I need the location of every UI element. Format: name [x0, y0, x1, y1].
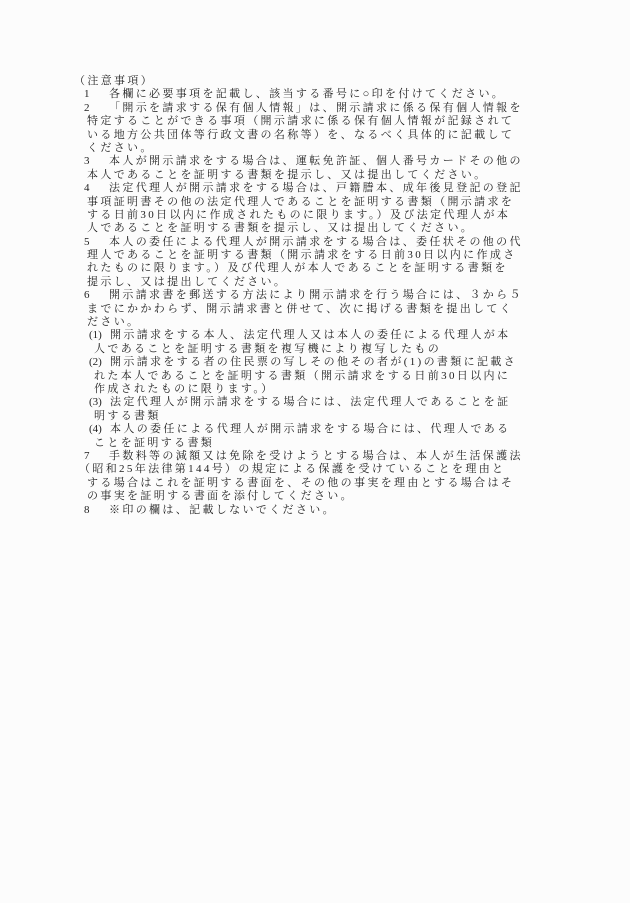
- note-line: 8※印の欄は、記載しないでください。: [84, 504, 523, 517]
- note-line: (3)法定代理人が開示請求をする場合には、法定代理人であることを証: [89, 396, 523, 409]
- note-line: 提示し、又は提出してください。: [87, 276, 523, 289]
- note-line: ださい。: [87, 316, 523, 329]
- note-line: 4法定代理人が開示請求をする場合は、戸籍謄本、成年後見登記の登記: [84, 182, 523, 195]
- notes-section: （注意事項） 1各欄に必要事項を記載し、該当する番号に○印を付けてください。 2…: [0, 75, 523, 517]
- note-line: 作成されたものに限ります。）: [94, 383, 523, 396]
- note-item-8: 8※印の欄は、記載しないでください。: [0, 504, 523, 517]
- note-subitem-1: (1)開示請求をする本人、法定代理人又は本人の委任による代理人が本 人であること…: [0, 329, 523, 356]
- notes-heading: （注意事項）: [74, 75, 523, 88]
- note-line: いる地方公共団体等行政文書の名称等）を、なるべく具体的に記載して: [87, 129, 523, 142]
- note-line: 本人であることを証明する書類を提示し、又は提出してください。: [87, 169, 523, 182]
- note-item-7: 7手数料等の減額又は免除を受けようとする場合は、本人が生活保護法 （昭和25年法…: [0, 450, 523, 504]
- note-line: れたものに限ります。）及び代理人が本人であることを証明する書類を: [87, 262, 523, 275]
- note-subitem-3: (3)法定代理人が開示請求をする場合には、法定代理人であることを証 明する書類: [0, 396, 523, 423]
- note-item-6: 6開示請求書を郵送する方法により開示請求を行う場合には、３から５ までにかかわら…: [0, 289, 523, 450]
- note-item-number: 7: [84, 450, 109, 463]
- note-line-text: 開示請求をする者の住民票の写しその他その者が(1)の書類に記載さ: [110, 356, 517, 368]
- note-subitem-4: (4)本人の委任による代理人が開示請求をする場合には、代理人である ことを証明す…: [0, 423, 523, 450]
- note-line: の事実を証明する書面を添付してください。: [87, 490, 523, 503]
- note-line-text: 手数料等の減額又は免除を受けようとする場合は、本人が生活保護法: [109, 450, 523, 462]
- note-item-3: 3本人が開示請求をする場合は、運転免許証、個人番号カードその他の 本人であること…: [0, 155, 523, 182]
- note-line-text: 法定代理人が開示請求をする場合には、法定代理人であることを証: [110, 396, 511, 408]
- note-subitem-number: (3): [89, 396, 110, 409]
- note-line: 5本人の委任による代理人が開示請求をする場合は、委任状その他の代: [84, 236, 523, 249]
- note-item-number: 3: [84, 155, 109, 168]
- note-line-text: 開示請求をする本人、法定代理人又は本人の委任による代理人が本: [110, 329, 511, 341]
- note-line: れた本人であることを証明する書類（開示請求をする日前30日以内に: [94, 370, 523, 383]
- note-item-number: 8: [84, 504, 109, 517]
- note-item-number: 2: [84, 102, 109, 115]
- note-line-text: ※印の欄は、記載しないでください。: [109, 504, 336, 516]
- note-item-5: 5本人の委任による代理人が開示請求をする場合は、委任状その他の代 理人であること…: [0, 236, 523, 290]
- note-line: 6開示請求書を郵送する方法により開示請求を行う場合には、３から５: [84, 289, 523, 302]
- note-subitem-number: (2): [89, 356, 110, 369]
- note-item-number: 1: [84, 88, 109, 101]
- note-line-text: 「開示を請求する保有個人情報」は、開示請求に係る保有個人情報を: [109, 102, 523, 114]
- note-line: 理人であることを証明する書類（開示請求をする日前30日以内に作成さ: [87, 249, 523, 262]
- note-line: 7手数料等の減額又は免除を受けようとする場合は、本人が生活保護法: [84, 450, 523, 463]
- note-line: 2「開示を請求する保有個人情報」は、開示請求に係る保有個人情報を: [84, 102, 523, 115]
- note-line-text: 各欄に必要事項を記載し、該当する番号に○印を付けてください。: [109, 88, 505, 100]
- note-line: (1)開示請求をする本人、法定代理人又は本人の委任による代理人が本: [89, 329, 523, 342]
- note-item-2: 2「開示を請求する保有個人情報」は、開示請求に係る保有個人情報を 特定することが…: [0, 102, 523, 156]
- note-subitem-number: (1): [89, 329, 110, 342]
- note-line-text: 法定代理人が開示請求をする場合は、戸籍謄本、成年後見登記の登記: [109, 182, 523, 194]
- note-line: （昭和25年法律第144号）の規定による保護を受けていることを理由と: [79, 463, 523, 476]
- note-line: 明する書類: [94, 410, 523, 423]
- note-line: 人であることを証明する書類を複写機により複写したもの: [94, 343, 523, 356]
- note-line: 人であることを証明する書類を提示し、又は提出してください。: [87, 222, 523, 235]
- note-line: 特定することができる事項（開示請求に係る保有個人情報が記録されて: [87, 115, 523, 128]
- note-line: する場合はこれを証明する書面を、その他の事実を理由とする場合はそ: [87, 477, 523, 490]
- note-subitem-number: (4): [89, 423, 110, 436]
- note-line-text: 本人の委任による代理人が開示請求をする場合は、委任状その他の代: [109, 236, 523, 248]
- note-line: する日前30日以内に作成されたものに限ります。）及び法定代理人が本: [87, 209, 523, 222]
- note-line-text: 本人の委任による代理人が開示請求をする場合には、代理人である: [110, 423, 511, 435]
- note-line: (4)本人の委任による代理人が開示請求をする場合には、代理人である: [89, 423, 523, 436]
- note-line: までにかかわらず、開示請求書と併せて、次に掲げる書類を提出してく: [87, 303, 523, 316]
- note-subitem-2: (2)開示請求をする者の住民票の写しその他その者が(1)の書類に記載さ れた本人…: [0, 356, 523, 396]
- document-page: （注意事項） 1各欄に必要事項を記載し、該当する番号に○印を付けてください。 2…: [0, 0, 630, 903]
- note-item-number: 5: [84, 236, 109, 249]
- note-line: ことを証明する書類: [94, 437, 523, 450]
- note-line: 3本人が開示請求をする場合は、運転免許証、個人番号カードその他の: [84, 155, 523, 168]
- note-line: 1各欄に必要事項を記載し、該当する番号に○印を付けてください。: [84, 88, 523, 101]
- note-item-number: 6: [84, 289, 109, 302]
- note-line-text: 開示請求書を郵送する方法により開示請求を行う場合には、３から５: [109, 289, 523, 301]
- note-line-text: 本人が開示請求をする場合は、運転免許証、個人番号カードその他の: [109, 155, 523, 167]
- note-item-number: 4: [84, 182, 109, 195]
- note-line: ください。: [87, 142, 523, 155]
- note-item-4: 4法定代理人が開示請求をする場合は、戸籍謄本、成年後見登記の登記 事項証明書その…: [0, 182, 523, 236]
- note-line: 事項証明書その他の法定代理人であることを証明する書類（開示請求を: [87, 196, 523, 209]
- note-item-1: 1各欄に必要事項を記載し、該当する番号に○印を付けてください。: [0, 88, 523, 101]
- note-line: (2)開示請求をする者の住民票の写しその他その者が(1)の書類に記載さ: [89, 356, 523, 369]
